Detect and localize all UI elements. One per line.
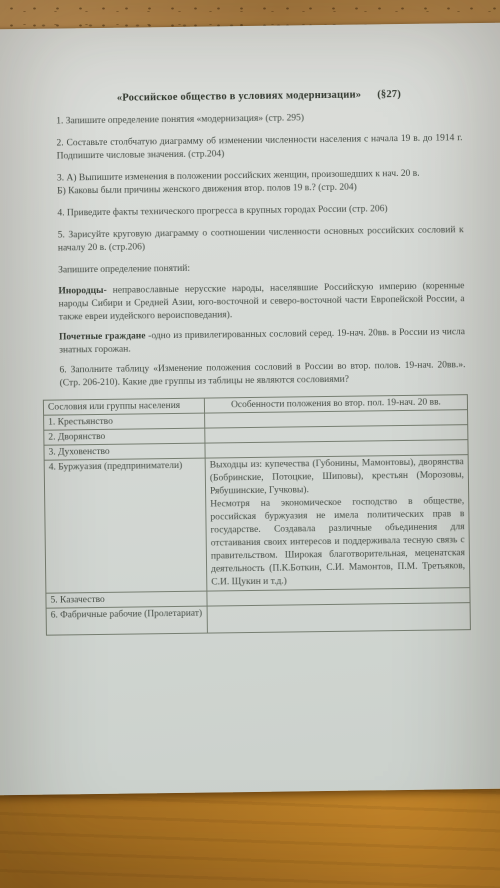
group-cell: 6. Фабричные рабочие (Пролетариат) xyxy=(46,606,207,635)
definition-text-inorodtsy: неправославные нерусские народы, населяв… xyxy=(59,281,465,322)
task-6: 6. Заполните таблицу «Изменение положени… xyxy=(59,359,465,390)
features-position-text: Несмотря на экономическое господство в о… xyxy=(210,495,465,589)
document-title: «Российское общество в условиях модерниз… xyxy=(117,89,362,105)
table-row-bourgeoisie: 4. Буржуазия (предприниматели) Выходцы и… xyxy=(44,455,470,594)
task-5: 5. Зарисуйте круговую диаграмму о соотно… xyxy=(58,224,464,255)
features-origin-text: Выходцы из: купечества (Губонины, Мамонт… xyxy=(210,456,464,498)
worksheet-content: «Российское общество в условиях модерниз… xyxy=(0,23,500,637)
definition-term-pochetnye: Почетные граждане xyxy=(59,331,146,342)
photo-scene: «Российское общество в условиях модерниз… xyxy=(0,0,500,888)
definition-pochetnye-grazhdane: Почетные граждане -одно из привилегирова… xyxy=(59,326,465,357)
estates-table: Сословия или группы населения Особенност… xyxy=(43,394,471,636)
table-row-factory-workers: 6. Фабричные рабочие (Пролетариат) xyxy=(46,603,470,636)
task-4: 4. Приведите факты технического прогресс… xyxy=(57,202,463,220)
definition-inorodtsy: Инородцы- неправославные нерусские народ… xyxy=(58,280,464,324)
document-title-row: «Российское общество в условиях модерниз… xyxy=(56,87,462,105)
task-3: 3. А) Выпишите изменения в положении рос… xyxy=(57,167,463,198)
paragraph-reference: (§27) xyxy=(377,88,401,101)
definition-term-inorodtsy: Инородцы- xyxy=(58,286,106,297)
group-cell: 4. Буржуазия (предприниматели) xyxy=(44,458,207,593)
definitions-heading: Запишите определение понятий: xyxy=(58,259,464,277)
features-cell-empty xyxy=(207,603,470,633)
worksheet-page: «Российское общество в условиях модерниз… xyxy=(0,23,500,796)
features-cell-bourgeoisie: Выходцы из: купечества (Губонины, Мамонт… xyxy=(205,455,470,591)
task-1: 1. Запишите определение понятия «модерни… xyxy=(56,110,462,128)
task-2: 2. Составьте столбчатую диаграмму об изм… xyxy=(56,132,462,163)
